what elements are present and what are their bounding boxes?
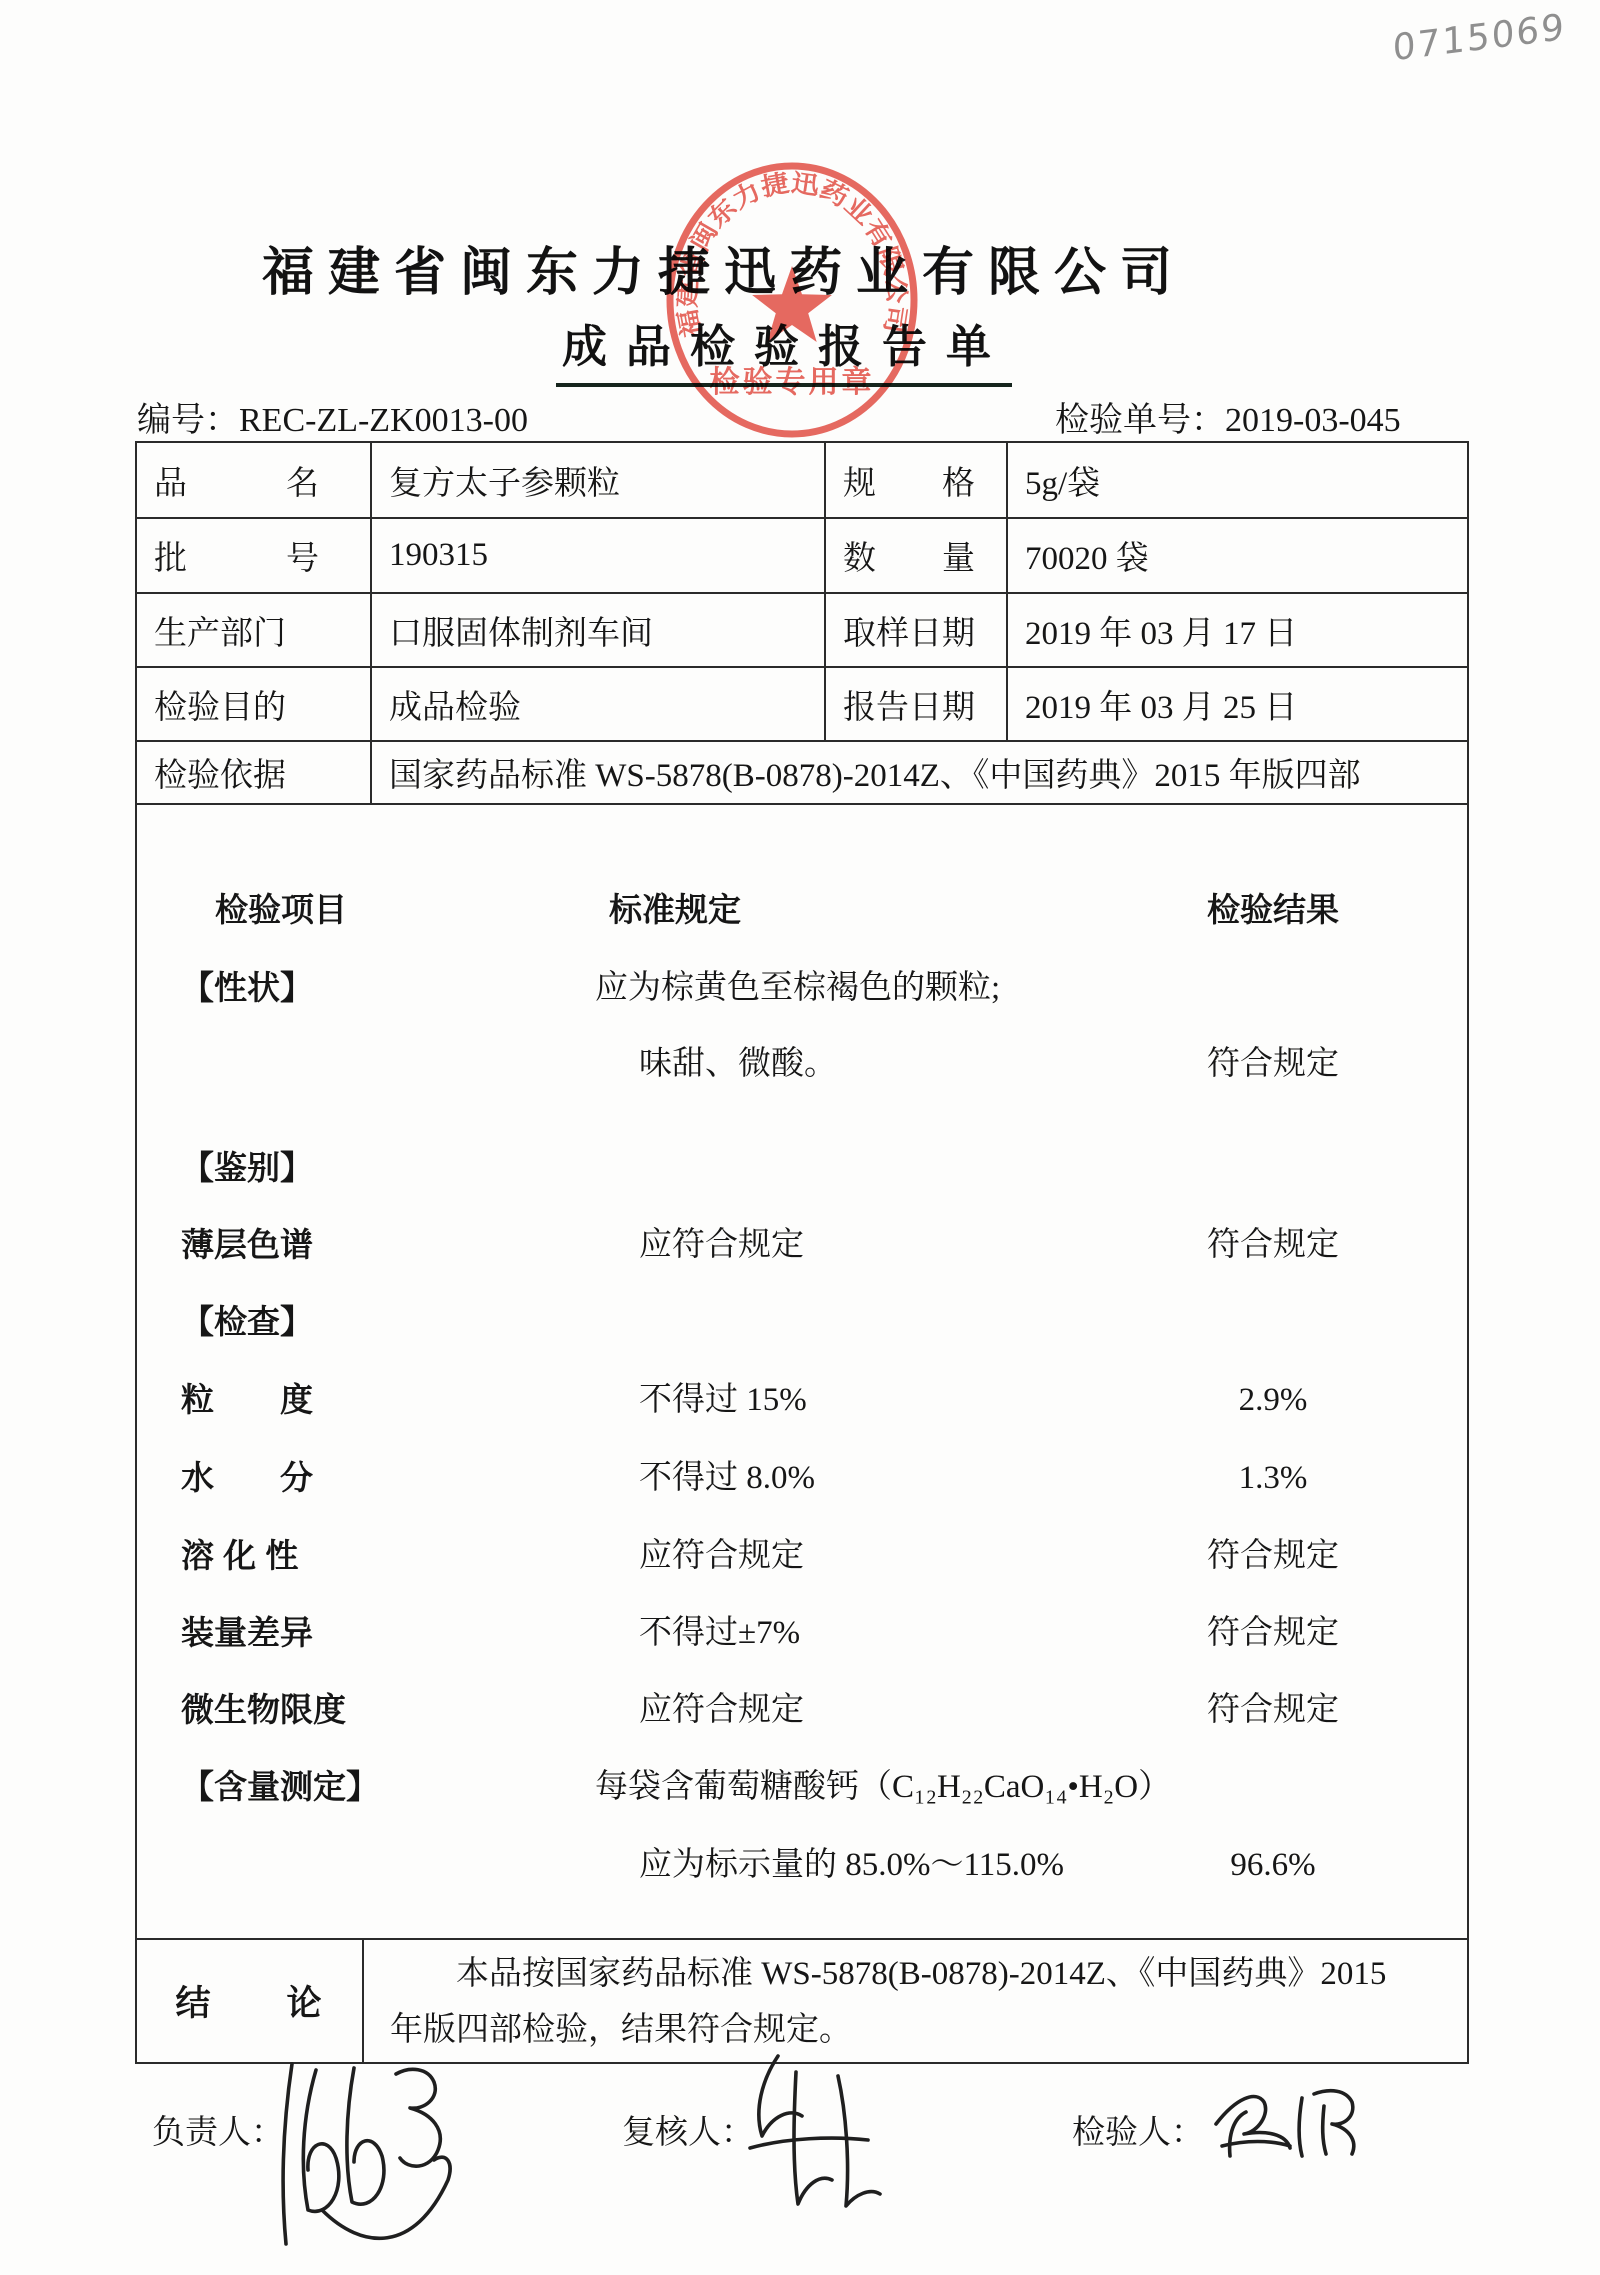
result-value: 符合规定 <box>1079 1687 1467 1733</box>
result-item: 装量差异 <box>137 1610 459 1656</box>
stamp-star-icon <box>752 266 832 342</box>
result-value: 符合规定 <box>1079 1610 1467 1656</box>
info-value: 5g/袋 <box>1008 443 1467 519</box>
conclusion-line2: 年版四部检验，结果符合规定。 <box>390 2002 1457 2058</box>
result-row: 应为标示量的 85.0%～115.0% 96.6% <box>137 1842 1467 1888</box>
info-value: 2019 年 03 月 17 日 <box>1008 594 1467 668</box>
result-value <box>1079 965 1467 1011</box>
info-grid: 品 名 复方太子参颗粒 规 格 5g/袋 批 号 190315 数 量 7002… <box>137 443 1467 805</box>
result-item: 薄层色谱 <box>137 1222 459 1268</box>
result-item <box>137 1041 459 1087</box>
result-row: 薄层色谱 应符合规定 符合规定 <box>137 1222 1467 1268</box>
reviewer-signature <box>742 2050 917 2220</box>
col-header-item: 检验项目 <box>137 887 459 933</box>
inspector-signature <box>1206 2078 1371 2168</box>
result-standard: 应符合规定 <box>459 1222 1079 1268</box>
result-item: 【含量测定】 <box>137 1764 459 1810</box>
result-value: 2.9% <box>1079 1377 1467 1423</box>
conclusion-text: 本品按国家药品标准 WS-5878(B-0878)-2014Z、《中国药典》20… <box>364 1940 1467 2062</box>
report-no: 检验单号：2019-03-045 <box>1055 392 1401 441</box>
result-item: 【检查】 <box>137 1299 459 1345</box>
doc-no: 编号：REC-ZL-ZK0013-00 <box>137 392 528 441</box>
col-header-result: 检验结果 <box>1079 887 1467 933</box>
info-label: 取样日期 <box>826 594 1008 668</box>
result-item <box>137 1842 459 1888</box>
result-value: 符合规定 <box>1079 1222 1467 1268</box>
handwritten-number: 0715069 <box>1392 4 1591 70</box>
conclusion-label: 结 论 <box>137 1940 364 2062</box>
result-row: 装量差异 不得过±7% 符合规定 <box>137 1610 1467 1656</box>
info-label: 批 号 <box>137 519 372 594</box>
info-label: 生产部门 <box>137 594 372 668</box>
results-header-row: 检验项目 标准规定 检验结果 <box>137 887 1467 933</box>
result-row: 粒 度 不得过 15% 2.9% <box>137 1377 1467 1423</box>
result-value: 1.3% <box>1079 1455 1467 1501</box>
doc-no-label: 编号： <box>137 402 239 439</box>
report-table: 品 名 复方太子参颗粒 规 格 5g/袋 批 号 190315 数 量 7002… <box>135 441 1469 2064</box>
doc-no-value: REC-ZL-ZK0013-00 <box>239 402 528 439</box>
result-standard <box>459 1299 1079 1345</box>
result-standard: 应为标示量的 85.0%～115.0% <box>459 1842 1079 1888</box>
result-item: 微生物限度 <box>137 1687 459 1733</box>
reviewer-label: 复核人： <box>622 2106 754 2153</box>
document-number-line: 编号：REC-ZL-ZK0013-00 检验单号：2019-03-045 <box>137 392 1467 436</box>
basis-label: 检验依据 <box>137 742 372 805</box>
result-item: 溶 化 性 <box>137 1533 459 1579</box>
results-section: 检验项目 标准规定 检验结果 【性状】 应为棕黄色至棕褐色的颗粒; 味甜、微酸。… <box>137 805 1467 1938</box>
responsible-signature <box>262 2058 467 2258</box>
result-row: 微生物限度 应符合规定 符合规定 <box>137 1687 1467 1733</box>
result-standard: 不得过 15% <box>459 1377 1079 1423</box>
result-row: 味甜、微酸。 符合规定 <box>137 1041 1467 1087</box>
result-item: 粒 度 <box>137 1377 459 1423</box>
info-label: 数 量 <box>826 519 1008 594</box>
result-standard: 味甜、微酸。 <box>459 1041 1079 1087</box>
info-value: 70020 袋 <box>1008 519 1467 594</box>
result-item: 【性状】 <box>137 965 459 1011</box>
info-label: 品 名 <box>137 443 372 519</box>
inspector-label: 检验人： <box>1072 2106 1204 2153</box>
result-standard <box>459 1145 1079 1191</box>
result-standard: 应为棕黄色至棕褐色的颗粒; <box>459 965 1079 1011</box>
result-row: 【含量测定】 每袋含葡萄糖酸钙（C₁₂H₂₂CaO₁₄•H₂O） <box>137 1764 1467 1810</box>
info-value: 复方太子参颗粒 <box>372 443 826 519</box>
result-row: 【鉴别】 <box>137 1145 1467 1191</box>
result-value <box>1079 1145 1467 1191</box>
result-standard: 不得过±7% <box>459 1610 1079 1656</box>
info-label: 检验目的 <box>137 668 372 742</box>
result-value <box>1079 1299 1467 1345</box>
conclusion-row: 结 论 本品按国家药品标准 WS-5878(B-0878)-2014Z、《中国药… <box>137 1938 1467 2062</box>
result-standard: 应符合规定 <box>459 1687 1079 1733</box>
report-no-label: 检验单号： <box>1055 402 1225 439</box>
result-standard: 每袋含葡萄糖酸钙（C₁₂H₂₂CaO₁₄•H₂O） <box>459 1764 1171 1810</box>
result-value: 符合规定 <box>1079 1041 1467 1087</box>
info-label: 规 格 <box>826 443 1008 519</box>
result-standard: 不得过 8.0% <box>459 1455 1079 1501</box>
info-label: 报告日期 <box>826 668 1008 742</box>
result-item: 【鉴别】 <box>137 1145 459 1191</box>
info-value: 190315 <box>372 519 826 594</box>
report-no-value: 2019-03-045 <box>1225 402 1401 439</box>
result-row: 水 分 不得过 8.0% 1.3% <box>137 1455 1467 1501</box>
info-value: 成品检验 <box>372 668 826 742</box>
col-header-standard: 标准规定 <box>459 887 1079 933</box>
result-row: 【检查】 <box>137 1299 1467 1345</box>
basis-value: 国家药品标准 WS-5878(B-0878)-2014Z、《中国药典》2015 … <box>372 742 1467 805</box>
info-value: 2019 年 03 月 25 日 <box>1008 668 1467 742</box>
info-value: 口服固体制剂车间 <box>372 594 826 668</box>
result-row: 溶 化 性 应符合规定 符合规定 <box>137 1533 1467 1579</box>
result-value <box>1171 1764 1467 1810</box>
conclusion-line1: 本品按国家药品标准 WS-5878(B-0878)-2014Z、《中国药典》20… <box>390 1946 1457 2002</box>
result-row: 【性状】 应为棕黄色至棕褐色的颗粒; <box>137 965 1467 1011</box>
result-value: 96.6% <box>1079 1842 1467 1888</box>
result-value: 符合规定 <box>1079 1533 1467 1579</box>
result-standard: 应符合规定 <box>459 1533 1079 1579</box>
result-item: 水 分 <box>137 1455 459 1501</box>
